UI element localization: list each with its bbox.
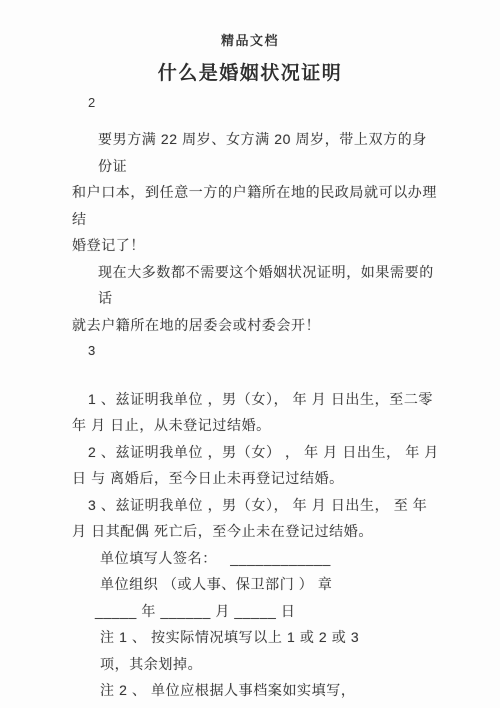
note-1-line-1: 注 1 、 按实际情况填写以上 1 或 2 或 3 [100,624,445,651]
paragraph-note-line-1: 现在大多数都不需要这个婚姻状况证明，如果需要的话 [98,259,440,312]
page-number-marker-mid: 3 [88,338,500,365]
paragraph-intro-line-1: 要男方满 22 周岁、女方满 20 周岁，带上双方的身份证 [98,126,440,179]
document-body: 要男方满 22 周岁、女方满 20 周岁，带上双方的身份证 和户口本，到任意一方… [0,126,500,704]
certificate-item-3-line-1: 3 、兹证明我单位 ，男（女）， 年 月 日出生， 至 年 [88,492,445,519]
signature-line: 单位填写人签名： ____________ [100,545,445,572]
note-1-line-2: 项，其余划掉。 [100,651,445,678]
page-number-marker-top: 2 [88,94,500,112]
certificate-item-2-line-1: 2 、兹证明我单位 ，男（女） ， 年 月 日出生， 年 月 [88,439,445,466]
date-fill-line: _____ 年 ______ 月 _____ 日 [95,598,445,625]
certificate-item-2-line-2: 日 与 离婚后，至今日止未再登记过结婚。 [72,465,440,492]
unit-seal-line: 单位组织 （或人事、保卫部门 ） 章 [100,571,445,598]
paragraph-intro-line-2: 和户口本，到任意一方的户籍所在地的民政局就可以办理结 [72,179,440,232]
document-page: 精品文档 什么是婚姻状况证明 2 要男方满 22 周岁、女方满 20 周岁，带上… [0,0,500,708]
certificate-item-1-line-2: 年 月 日止，从未登记过结婚。 [72,412,440,439]
paragraph-note-line-2: 就去户籍所在地的居委会或村委会开！ [72,312,440,339]
note-2-line-1: 注 2 、 单位应根据人事档案如实填写， [100,677,445,704]
blank-gap [0,365,500,386]
document-watermark: 精品文档 [0,0,500,49]
certificate-item-3-line-2: 月 日其配偶 死亡后，至今止未在登记过结婚。 [72,518,440,545]
certificate-item-1-line-1: 1 、兹证明我单位 ，男（女）， 年 月 日出生，至二零 [88,386,445,413]
paragraph-intro-line-3: 婚登记了！ [72,232,440,259]
page-title: 什么是婚姻状况证明 [0,62,500,86]
